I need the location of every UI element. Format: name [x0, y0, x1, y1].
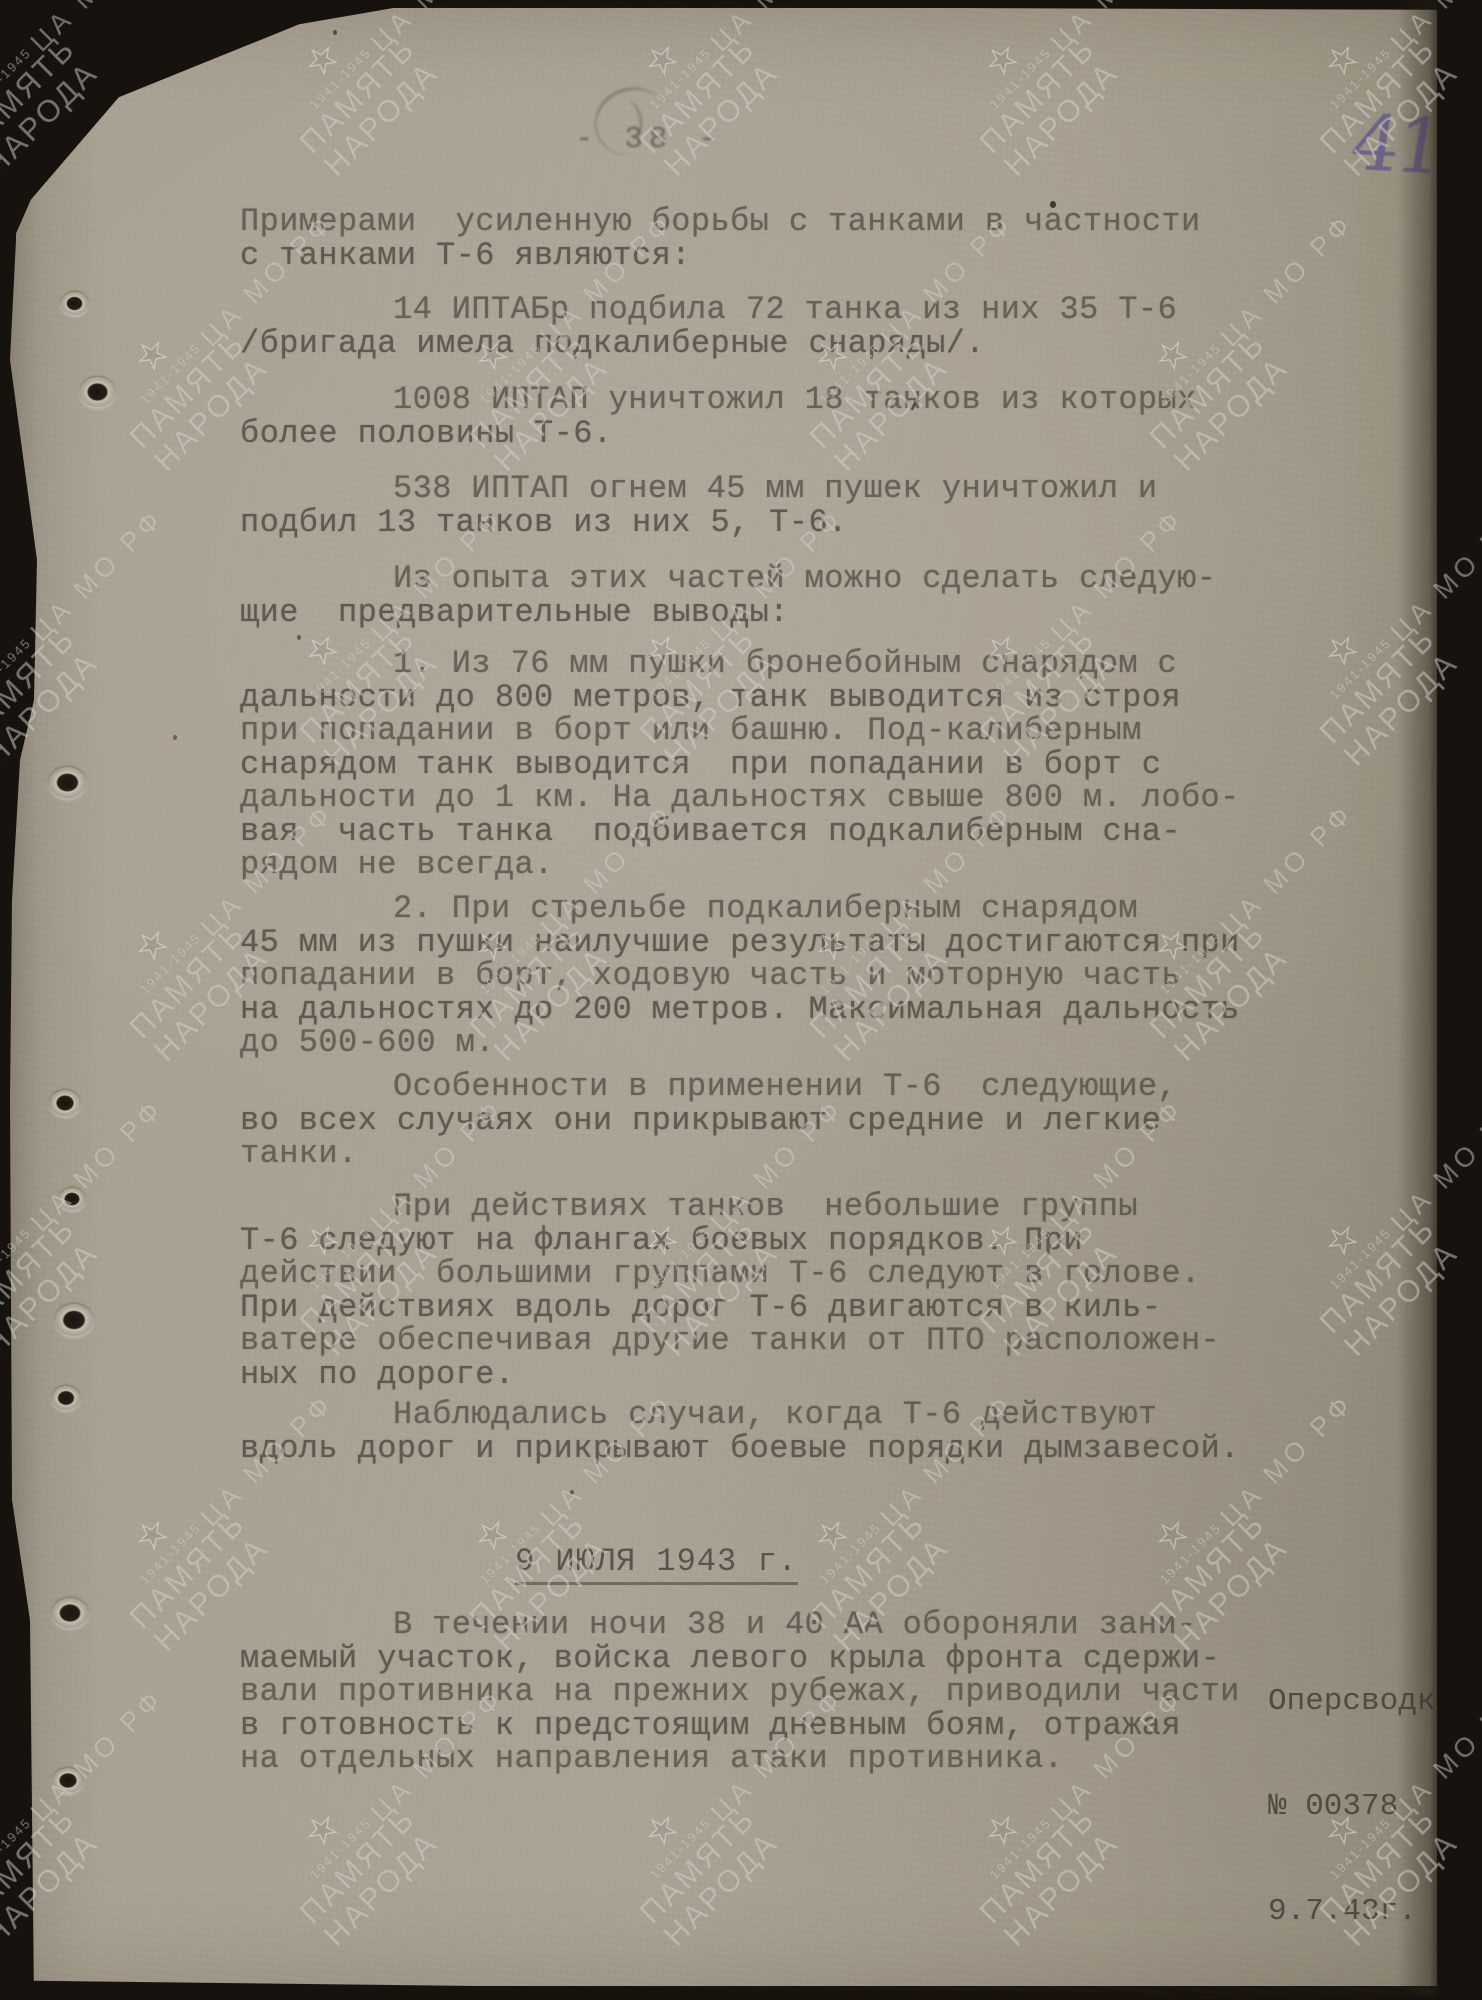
paragraph: Из опыта этих частей можно сделать следу… — [240, 562, 1216, 629]
text-line: с танками Т-6 являются: — [240, 239, 1201, 273]
margin-note-title: Оперсводка — [1268, 1684, 1454, 1719]
paragraph: 14 ИПТАБр подбила 72 танка из них 35 Т-6… — [240, 293, 1177, 360]
paragraph: 2. При стрельбе подкалиберным снарядом45… — [240, 892, 1240, 1060]
text-line: 45 мм из пушки наилучшие результаты дост… — [240, 926, 1240, 960]
text-line: во всех случаях они прикрывают средние и… — [240, 1104, 1177, 1138]
text-line: 1. Из 76 мм пушки бронебойным снарядом с — [240, 647, 1240, 681]
paragraph: Особенности в применении Т-6 следующие,в… — [240, 1070, 1177, 1171]
text-line: дальности до 1 км. На дальностях свыше 8… — [240, 781, 1240, 815]
text-line: ных по дороге. — [240, 1358, 1220, 1392]
text-line: 1008 ИПТАП уничтожил 18 танков из которы… — [240, 383, 1197, 417]
text-line: При действиях вдоль дорог Т-6 двигаются … — [240, 1291, 1220, 1325]
text-line: 14 ИПТАБр подбила 72 танка из них 35 Т-6 — [240, 293, 1177, 327]
text-line: действии большими группами Т-6 следуют в… — [240, 1257, 1220, 1291]
paragraph: В течении ночи 38 и 40 АА обороняли зани… — [240, 1608, 1240, 1776]
text-line: в готовность к предстоящим дневным боям,… — [240, 1709, 1240, 1743]
punch-hole — [55, 1304, 93, 1336]
text-line: подбил 13 танков из них 5, Т-6. — [240, 506, 1158, 540]
punch-hole — [53, 1768, 83, 1793]
text-line: маемый участок, войска левого крыла фрон… — [240, 1642, 1240, 1676]
punch-hole — [49, 767, 86, 798]
text-line: при попадании в борт или башню. Под-кали… — [240, 714, 1240, 748]
text-line: до 500-600 м. — [240, 1026, 1240, 1060]
text-line: Наблюдались случаи, когда Т-6 действуют — [240, 1398, 1240, 1432]
text-line: 538 ИПТАП огнем 45 мм пушек уничтожил и — [240, 472, 1158, 506]
text-line: вая часть танка подбивается подкалиберны… — [240, 815, 1240, 849]
text-line: Примерами усиленную борьбы с танками в ч… — [240, 205, 1201, 239]
typewritten-text-layer: - 38 - 41 Примерами усиленную борьбы с т… — [0, 0, 1482, 2000]
text-line: В течении ночи 38 и 40 АА обороняли зани… — [240, 1608, 1240, 1642]
paragraph: При действиях танков небольшие группыТ-6… — [240, 1190, 1220, 1391]
paragraph: 538 ИПТАП огнем 45 мм пушек уничтожил ип… — [240, 472, 1158, 539]
punch-hole — [52, 1386, 80, 1410]
text-line: снарядом танк выводится при попадании в … — [240, 748, 1240, 782]
text-line: Т-6 следуют на флангах боевых порядков. … — [240, 1224, 1220, 1258]
margin-note-number: № 00378 — [1268, 1789, 1454, 1824]
text-line: на дальностях до 200 метров. Максимальна… — [240, 993, 1240, 1027]
punch-hole — [50, 1090, 80, 1116]
text-line: рядом не всегда. — [240, 848, 1240, 882]
text-line: Из опыта этих частей можно сделать следу… — [240, 562, 1216, 596]
paragraph: 1. Из 76 мм пушки бронебойным снарядом с… — [240, 647, 1240, 882]
paragraph: Примерами усиленную борьбы с танками в ч… — [240, 205, 1201, 272]
text-line: на отдельных направления атаки противник… — [240, 1742, 1240, 1776]
text-line: ватере обеспечивая другие танки от ПТО р… — [240, 1324, 1220, 1358]
handwritten-folio-number: 41 — [1345, 98, 1448, 191]
text-line: танки. — [240, 1137, 1177, 1171]
margin-note-date: 9.7.43г. — [1268, 1894, 1454, 1929]
paragraph: Наблюдались случаи, когда Т-6 действуютв… — [240, 1398, 1240, 1465]
text-line: 2. При стрельбе подкалиберным снарядом — [240, 892, 1240, 926]
text-line: попадании в борт, ходовую часть и моторн… — [240, 959, 1240, 993]
margin-note: Оперсводка № 00378 9.7.43г. — [1268, 1614, 1454, 1999]
text-line: /бригада имела подкалиберные снаряды/. — [240, 327, 1177, 361]
punch-hole — [52, 1598, 88, 1628]
punch-hole — [61, 292, 88, 315]
text-line: дальности до 800 метров, танк выводится … — [240, 681, 1240, 715]
punch-hole — [80, 377, 115, 407]
text-line: При действиях танков небольшие группы — [240, 1190, 1220, 1224]
text-line: более половины Т-6. — [240, 417, 1197, 451]
text-line: Особенности в применении Т-6 следующие, — [240, 1070, 1177, 1104]
text-line: щие предварительные выводы: — [240, 596, 1216, 630]
punch-hole — [59, 1188, 85, 1210]
text-line: вали противника на прежних рубежах, прив… — [240, 1675, 1240, 1709]
date-heading: 9 ИЮЛЯ 1943 г. — [515, 1543, 798, 1585]
scanned-document-page: - 38 - 41 Примерами усиленную борьбы с т… — [0, 0, 1482, 2000]
text-line: вдоль дорог и прикрывают боевые порядки … — [240, 1432, 1240, 1466]
paragraph: 1008 ИПТАП уничтожил 18 танков из которы… — [240, 383, 1197, 450]
